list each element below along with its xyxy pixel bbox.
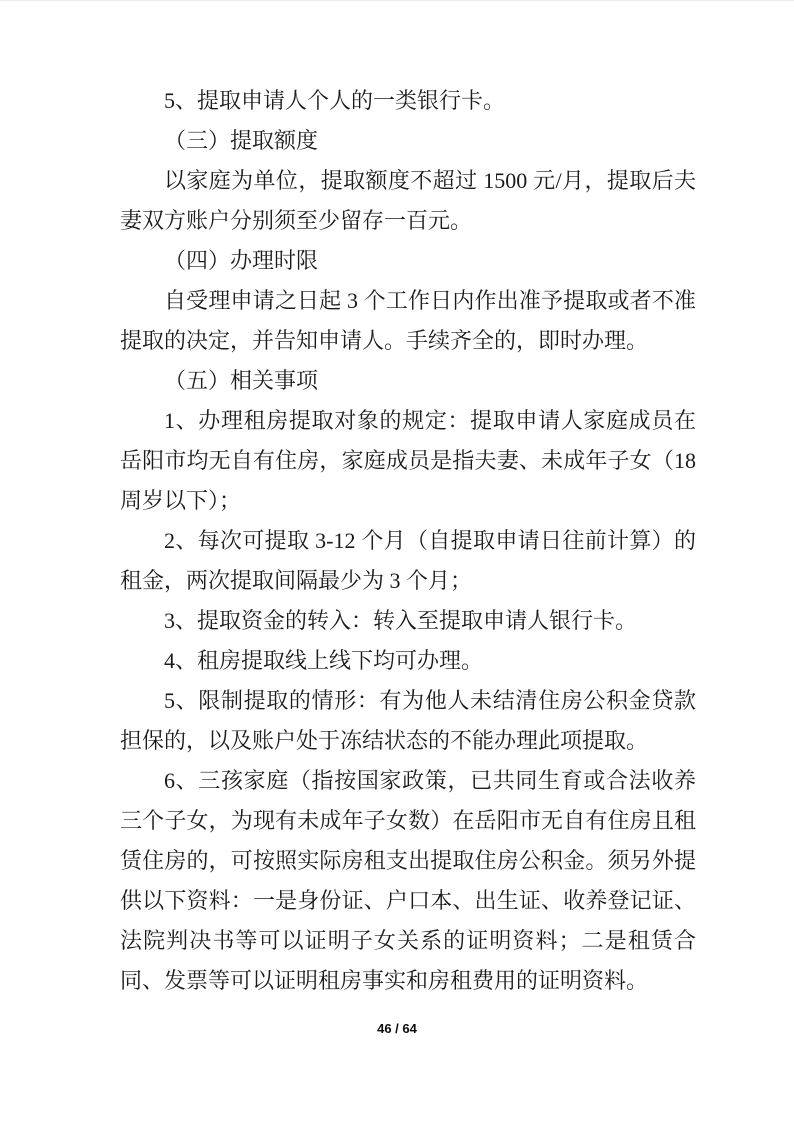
text-line: （五）相关事项 [120,361,696,401]
text-line: 担保的，以及账户处于冻结状态的不能办理此项提取。 [120,721,696,761]
text-line: 2、每次可提取 3-12 个月（自提取申请日往前计算）的 [120,521,696,561]
text-line: 5、提取申请人个人的一类银行卡。 [120,81,696,121]
page-number: 46 / 64 [377,1021,417,1036]
text-line: 供以下资料：一是身份证、户口本、出生证、收养登记证、 [120,881,696,921]
text-line: 三个子女，为现有未成年子女数）在岳阳市无自有住房且租 [120,801,696,841]
text-line: 同、发票等可以证明租房事实和房租费用的证明资料。 [120,961,696,1001]
text-line: 6、三孩家庭（指按国家政策，已共同生育或合法收养 [120,761,696,801]
text-line: 3、提取资金的转入：转入至提取申请人银行卡。 [120,601,696,641]
text-line: 1、办理租房提取对象的规定：提取申请人家庭成员在 [120,401,696,441]
text-line: 5、限制提取的情形：有为他人未结清住房公积金贷款 [120,681,696,721]
text-line: （四）办理时限 [120,241,696,281]
text-line: 周岁以下）； [120,481,696,521]
text-line: （三）提取额度 [120,121,696,161]
document-page: 5、提取申请人个人的一类银行卡。（三）提取额度以家庭为单位，提取额度不超过 15… [0,0,794,1122]
document-body: 5、提取申请人个人的一类银行卡。（三）提取额度以家庭为单位，提取额度不超过 15… [120,81,696,1001]
text-line: 提取的决定，并告知申请人。手续齐全的，即时办理。 [120,321,696,361]
text-line: 法院判决书等可以证明子女关系的证明资料；二是租赁合 [120,921,696,961]
text-line: 租金，两次提取间隔最少为 3 个月； [120,561,696,601]
text-line: 赁住房的，可按照实际房租支出提取住房公积金。须另外提 [120,841,696,881]
page-footer: 46 / 64 [0,1020,794,1038]
text-line: 自受理申请之日起 3 个工作日内作出准予提取或者不准 [120,281,696,321]
text-line: 以家庭为单位，提取额度不超过 1500 元/月，提取后夫 [120,161,696,201]
text-line: 妻双方账户分别须至少留存一百元。 [120,201,696,241]
text-line: 岳阳市均无自有住房，家庭成员是指夫妻、未成年子女（18 [120,441,696,481]
text-line: 4、租房提取线上线下均可办理。 [120,641,696,681]
